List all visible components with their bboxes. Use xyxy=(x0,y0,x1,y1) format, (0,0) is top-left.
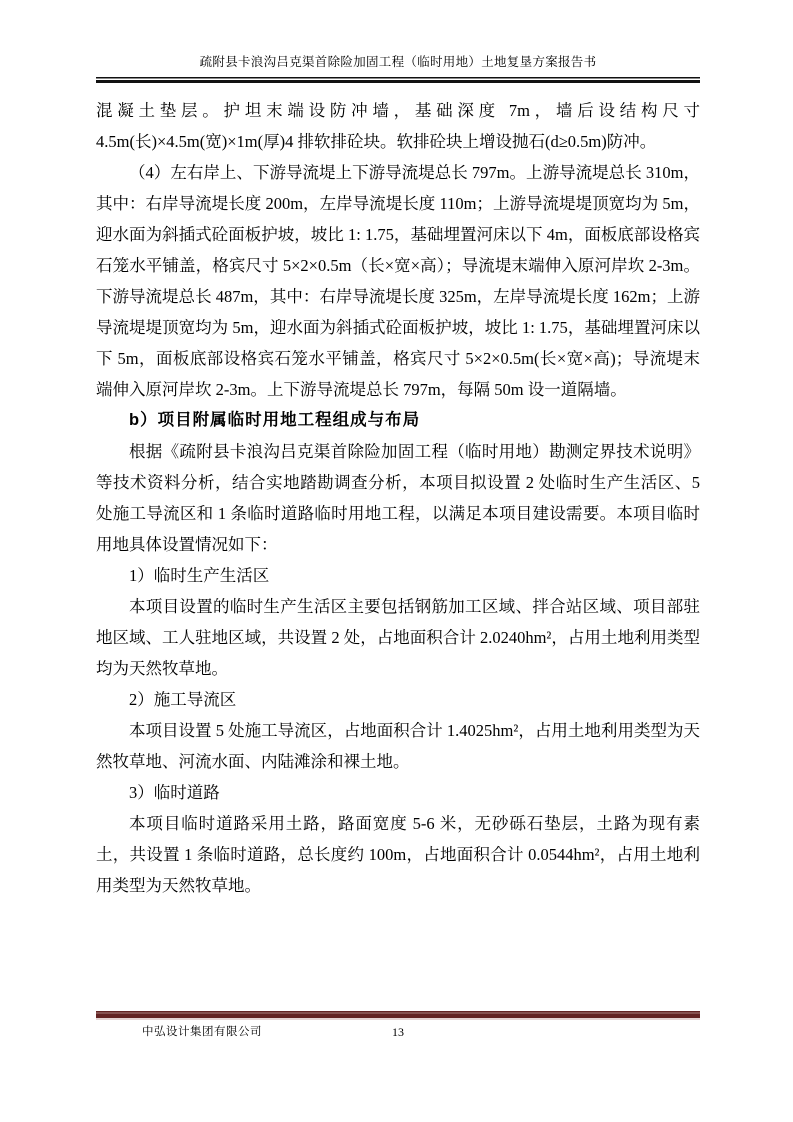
subsection-heading: 1）临时生产生活区 xyxy=(96,560,700,591)
body-paragraph: （4）左右岸上、下游导流堤上下游导流堤总长 797m。上游导流堤总长 310m，… xyxy=(96,157,700,405)
body-paragraph: 根据《疏附县卡浪沟吕克渠首除险加固工程（临时用地）勘测定界技术说明》等技术资料分… xyxy=(96,436,700,560)
header-rule xyxy=(96,77,700,83)
subsection-heading: 3）临时道路 xyxy=(96,777,700,808)
header-title: 疏附县卡浪沟吕克渠首除险加固工程（临时用地）土地复垦方案报告书 xyxy=(96,55,700,69)
body-paragraph: 本项目设置的临时生产生活区主要包括钢筋加工区域、拌合站区域、项目部驻地区域、工人… xyxy=(96,591,700,684)
subsection-heading: 2）施工导流区 xyxy=(96,684,700,715)
body-paragraph: 混凝土垫层。护坦末端设防冲墙，基础深度 7m，墙后设结构尺寸 4.5m(长)×4… xyxy=(96,95,700,157)
body-paragraph: 本项目设置 5 处施工导流区，占地面积合计 1.4025hm²，占用土地利用类型… xyxy=(96,715,700,777)
document-body: 混凝土垫层。护坦末端设防冲墙，基础深度 7m，墙后设结构尺寸 4.5m(长)×4… xyxy=(96,95,700,901)
body-paragraph: 本项目临时道路采用土路，路面宽度 5-6 米，无砂砾石垫层，土路为现有素土，共设… xyxy=(96,808,700,901)
footer-rule xyxy=(96,1011,700,1020)
document-page: 疏附县卡浪沟吕克渠首除险加固工程（临时用地）土地复垦方案报告书 混凝土垫层。护坦… xyxy=(0,0,793,1122)
section-heading: b）项目附属临时用地工程组成与布局 xyxy=(96,405,700,436)
page-number: 13 xyxy=(96,1025,700,1040)
